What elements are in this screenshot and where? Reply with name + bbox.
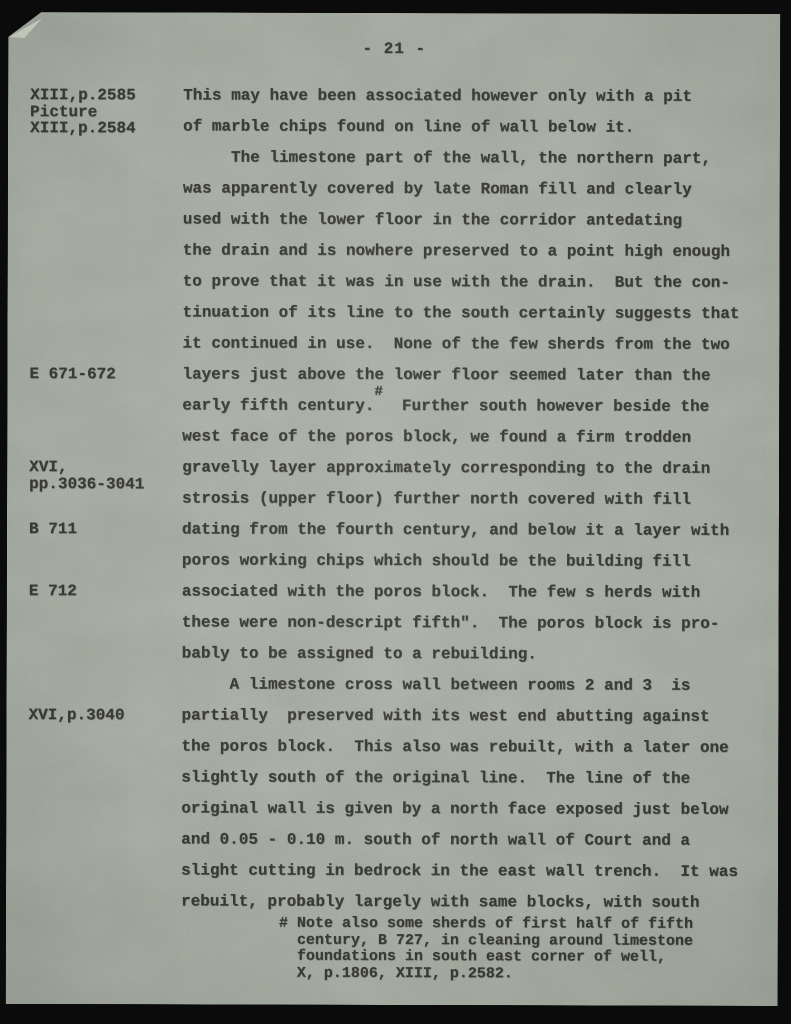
body-line: This may have been associated however on… <box>183 80 758 113</box>
body-line: was apparently covered by late Roman fil… <box>183 173 758 206</box>
body-line: partially preserved with its west end ab… <box>181 700 756 733</box>
body-line: dating from the fourth century, and belo… <box>182 514 757 547</box>
margin-note: XIII,p.2585 Picture XIII,p.2584 <box>30 87 136 137</box>
body-line: poros working chips which should be the … <box>182 545 757 578</box>
margin-notes: XIII,p.2585 Picture XIII,p.2584 E 671-67… <box>8 12 780 14</box>
body-line: bably to be assigned to a rebuilding. <box>182 638 757 671</box>
footnote-line: X, p.1806, XIII, p.2582. <box>297 965 739 983</box>
body-line: A limestone cross wall between rooms 2 a… <box>181 669 756 702</box>
document-page: - 21 - XIII,p.2585 Picture XIII,p.2584 E… <box>6 12 781 1006</box>
body-line: the drain and is nowhere preserved to a … <box>183 235 758 268</box>
margin-note: E 712 <box>29 583 77 600</box>
body-line: these were non-descript fifth". The poro… <box>182 607 757 640</box>
body-line: of marble chips found on line of wall be… <box>183 111 758 144</box>
body-line: it continued in use. None of the few she… <box>182 328 757 361</box>
margin-note: B 711 <box>29 521 77 538</box>
footnote-marker: # <box>374 384 382 400</box>
body-line: tinuation of its line to the south certa… <box>182 297 757 330</box>
footnote-line: foundations in south east corner of well… <box>297 949 739 967</box>
page-number: - 21 - <box>8 39 780 59</box>
body-line-text: early fifth century. <box>182 396 374 415</box>
scan-background: - 21 - XIII,p.2585 Picture XIII,p.2584 E… <box>0 0 791 1024</box>
footnote: # Note also some sherds of first half of… <box>279 916 739 983</box>
body-line: associated with the poros block. The few… <box>182 576 757 609</box>
body-line: strosis (upper floor) further north cove… <box>182 483 757 516</box>
body-line: gravelly layer approximately correspondi… <box>182 452 757 485</box>
body-line: used with the lower floor in the corrido… <box>183 204 758 237</box>
margin-note: XVI,p.3040 <box>28 707 124 724</box>
body-line: and 0.05 - 0.10 m. south of north wall o… <box>181 824 756 857</box>
body-line: rebuilt, probably largely with same bloc… <box>181 886 756 919</box>
footnote-line: # Note also some sherds of first half of… <box>279 916 739 934</box>
body-line: slightly south of the original line. The… <box>181 762 756 795</box>
body-line: to prove that it was in use with the dra… <box>183 266 758 299</box>
body-line: slight cutting in bedrock in the east wa… <box>181 855 756 888</box>
body-line: layers just above the lower floor seemed… <box>182 359 757 392</box>
body-line-text: Further south however beside the <box>383 397 709 416</box>
body-line: The limestone part of the wall, the nort… <box>183 142 758 175</box>
body-line: west face of the poros block, we found a… <box>182 421 757 454</box>
body-line: the poros block. This also was rebuilt, … <box>181 731 756 764</box>
margin-note: E 671-672 <box>29 366 115 383</box>
body-line: original wall is given by a north face e… <box>181 793 756 826</box>
body-text: This may have been associated however on… <box>181 80 758 919</box>
margin-note: XVI, pp.3036-3041 <box>29 459 144 492</box>
body-line: early fifth century.# Further south howe… <box>182 390 757 423</box>
